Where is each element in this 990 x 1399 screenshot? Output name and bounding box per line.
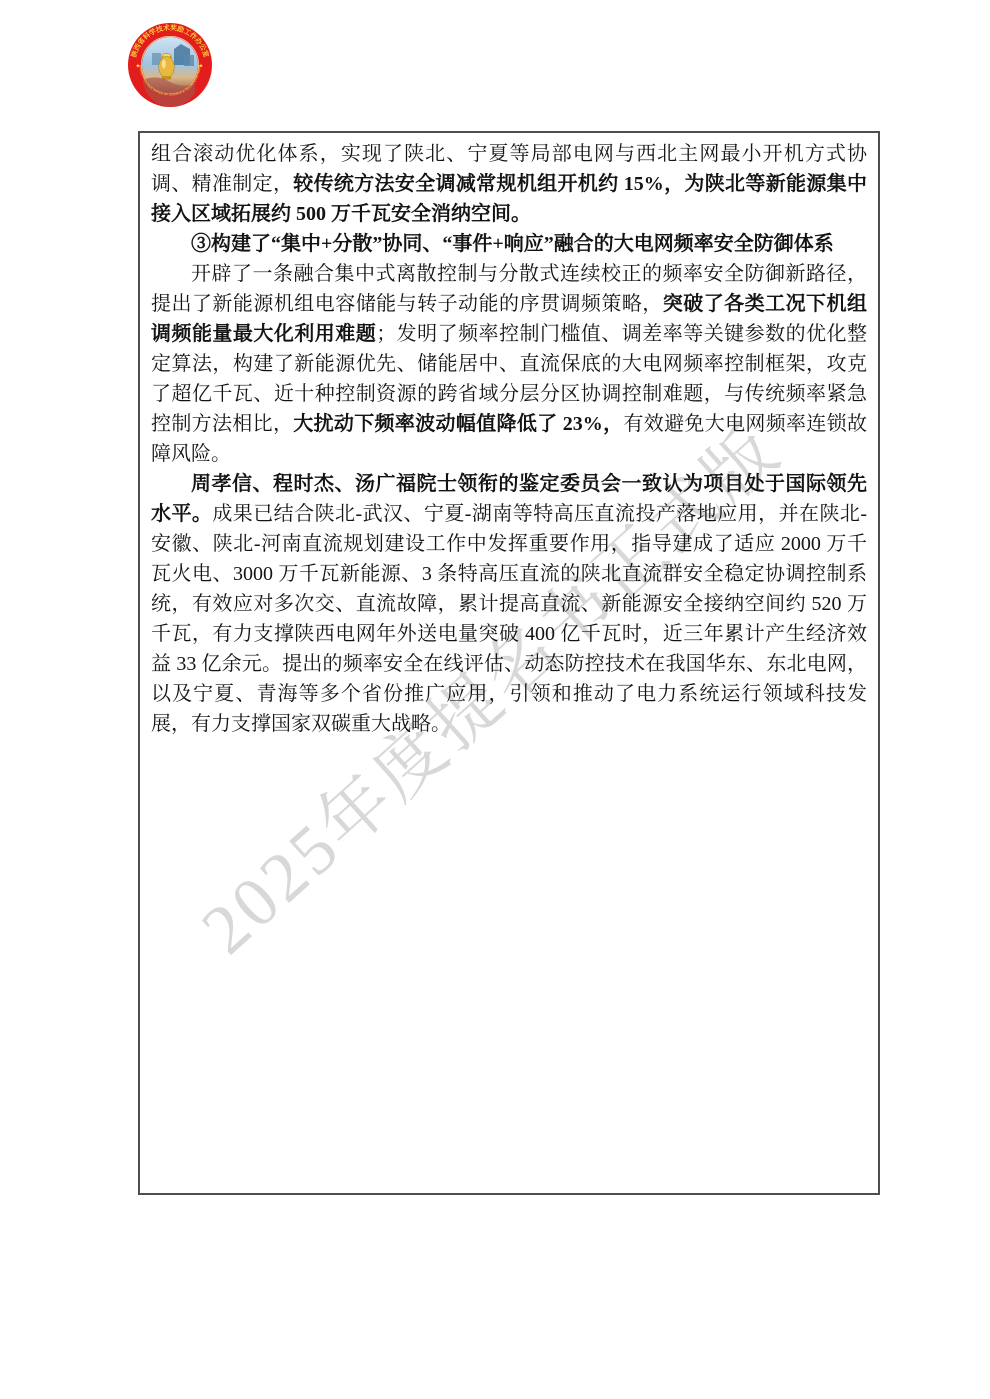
paragraph: 开辟了一条融合集中式离散控制与分散式连续校正的频率安全防御新路径，提出了新能源机… <box>151 259 867 469</box>
seal-image: 陕西省科学技术奖励工作办公室 SHAANXI PROVINCE OFFICE O… <box>127 22 213 108</box>
text-run: 大扰动下频率波动幅值降低了 23%， <box>293 413 623 435</box>
seal-star-right: ★ <box>199 63 204 70</box>
document-page: { "seal": { "ring_text": "陕西省科学技术奖励工作办公室… <box>0 0 990 1399</box>
document-body: 组合滚动优化体系，实现了陕北、宁夏等局部电网与西北主网最小开机方式协调、精准制定… <box>151 139 867 739</box>
paragraph: 周孝信、程时杰、汤广福院士领衔的鉴定委员会一致认为项目处于国际领先水平。成果已结… <box>151 469 867 739</box>
text-run: ③构建了“集中+分散”协同、“事件+响应”融合的大电网频率安全防御体系 <box>191 233 834 255</box>
seal-star-left: ★ <box>136 63 141 70</box>
content-box: 组合滚动优化体系，实现了陕北、宁夏等局部电网与西北主网最小开机方式协调、精准制定… <box>138 131 880 1195</box>
org-seal: 陕西省科学技术奖励工作办公室 SHAANXI PROVINCE OFFICE O… <box>127 22 213 108</box>
text-run: 成果已结合陕北-武汉、宁夏-湖南等特高压直流投产落地应用，并在陕北-安徽、陕北-… <box>151 503 867 735</box>
paragraph: 组合滚动优化体系，实现了陕北、宁夏等局部电网与西北主网最小开机方式协调、精准制定… <box>151 139 867 229</box>
paragraph: ③构建了“集中+分散”协同、“事件+响应”融合的大电网频率安全防御体系 <box>151 229 867 259</box>
